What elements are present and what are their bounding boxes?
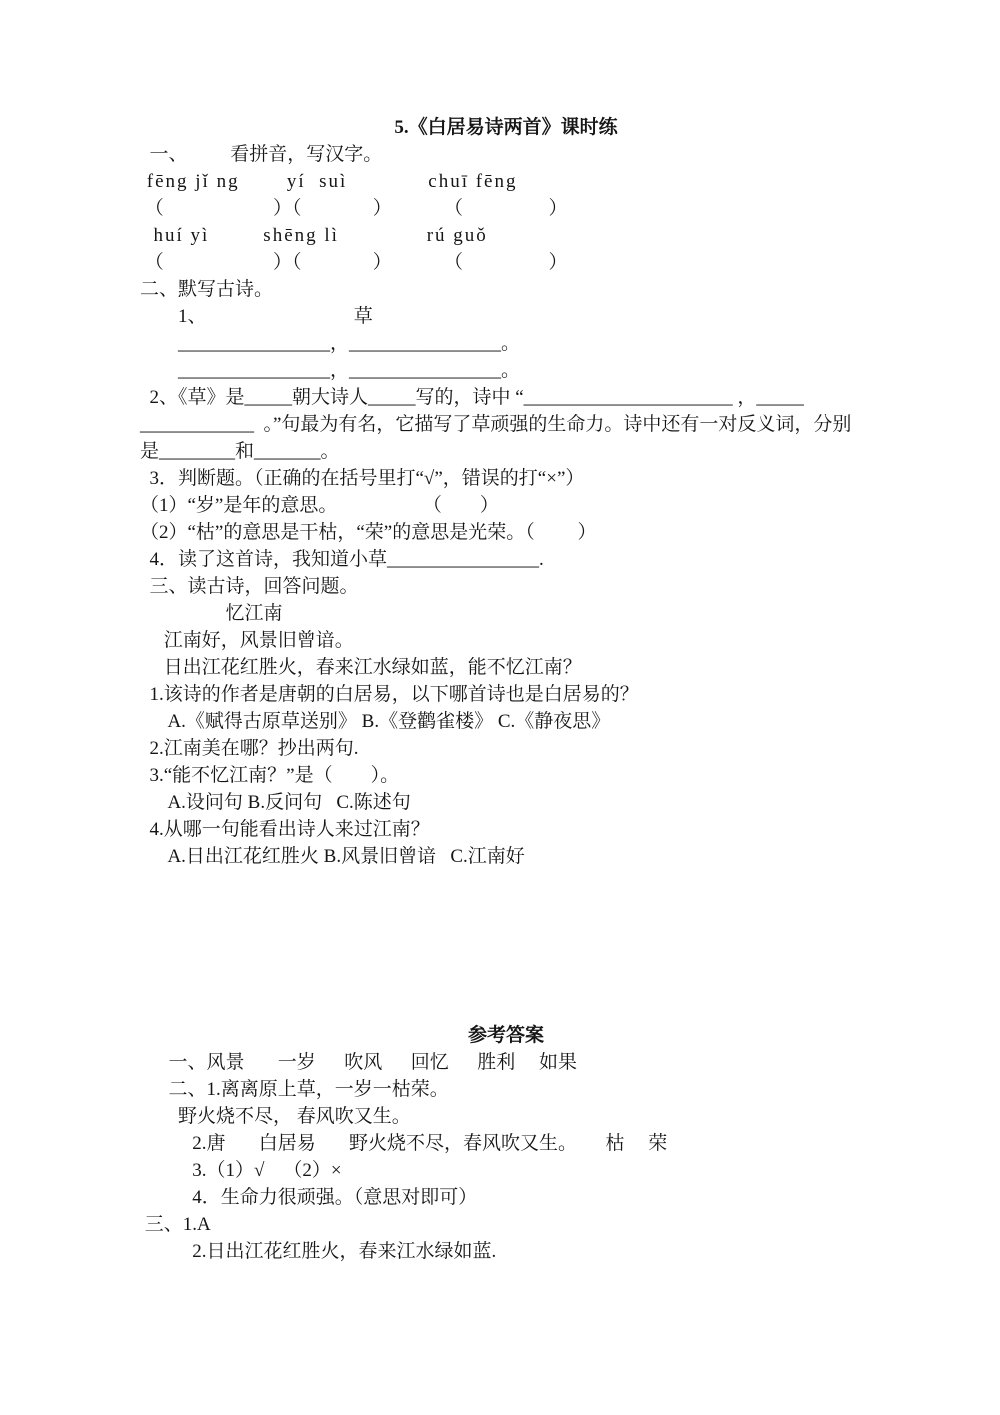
q2-fill-blank-line-3: 是________和_______。	[140, 438, 872, 465]
answer-brackets-row-1: （ ）（ ） （ ）	[140, 195, 872, 222]
pinyin-row-2: huí yì shēng lì rú guǒ	[140, 222, 872, 249]
answer-part-2-line-1: 二、1.离离原上草，一岁一枯荣。	[140, 1076, 872, 1103]
section-gap	[140, 870, 872, 1022]
section-2-heading: 二、默写古诗。	[140, 276, 872, 303]
worksheet-page: 5.《白居易诗两首》课时练 一、 看拼音，写汉字。 fēng jǐ ng yí …	[0, 0, 1000, 1415]
answer-part-2-line-2: 野火烧不尽， 春风吹又生。	[140, 1103, 872, 1130]
section-1-heading: 一、 看拼音，写汉字。	[140, 141, 872, 168]
answer-part-2-line-3: 2.唐 白居易 野火烧不尽，春风吹又生。 枯 荣	[140, 1130, 872, 1157]
poem-line-2: 日出江花红胜火，春来江水绿如蓝，能不忆江南？	[140, 654, 872, 681]
answer-part-2-line-5: 4．生命力很顽强。（意思对即可）	[140, 1184, 872, 1211]
poem-blank-line-1: ________________，________________。	[140, 330, 872, 357]
q2-fill-blank-line-1: 2、《草》是_____朝大诗人_____写的，诗中 “_____________…	[140, 384, 872, 411]
answer-brackets-row-2: （ ）（ ） （ ）	[140, 249, 872, 276]
poem-title-cao: 1、 草	[140, 303, 872, 330]
answers-heading: 参考答案	[140, 1022, 872, 1049]
worksheet-title: 5.《白居易诗两首》课时练	[140, 114, 872, 141]
poem-blank-line-2: ________________，________________。	[140, 357, 872, 384]
poem-title-yijiangnan: 忆江南	[140, 600, 872, 627]
q2-fill-blank-line-2: ____________ 。”句最为有名，它描写了草顽强的生命力。诗中还有一对反…	[140, 411, 872, 438]
sec3-q1-question: 1.该诗的作者是唐朝的白居易，以下哪首诗也是白居易的？	[140, 681, 872, 708]
answer-part-3-line-1: 三、1.A	[140, 1211, 872, 1238]
section-3-heading: 三、读古诗，回答问题。	[140, 573, 872, 600]
sec3-q2-question: 2.江南美在哪？抄出两句.	[140, 735, 872, 762]
pinyin-row-1: fēng jǐ ng yí suì chuī fēng	[140, 168, 872, 195]
q3-judgment-heading: 3．判断题。（正确的在括号里打“√”，错误的打“×”）	[140, 465, 872, 492]
sec3-q1-options: A.《赋得古原草送别》 B.《登鹳雀楼》 C.《静夜思》	[140, 708, 872, 735]
sec3-q4-question: 4.从哪一句能看出诗人来过江南？	[140, 816, 872, 843]
q4-fill-blank: 4．读了这首诗，我知道小草________________.	[140, 546, 872, 573]
answer-part-1: 一、风景 一岁 吹风 回忆 胜利 如果	[140, 1049, 872, 1076]
q3-judgment-item-2: （2）“枯”的意思是干枯，“荣”的意思是光荣。（ ）	[140, 519, 872, 546]
sec3-q4-options: A.日出江花红胜火 B.风景旧曾谙 C.江南好	[140, 843, 872, 870]
answer-part-3-line-2: 2.日出江花红胜火，春来江水绿如蓝.	[140, 1238, 872, 1265]
q3-judgment-item-1: （1）“岁”是年的意思。 （ ）	[140, 492, 872, 519]
answer-part-2-line-4: 3.（1）√ （2）×	[140, 1157, 872, 1184]
sec3-q3-options: A.设问句 B.反问句 C.陈述句	[140, 789, 872, 816]
poem-line-1: 江南好，风景旧曾谙。	[140, 627, 872, 654]
sec3-q3-question: 3.“能不忆江南？”是（ ）。	[140, 762, 872, 789]
worksheet-content: 5.《白居易诗两首》课时练 一、 看拼音，写汉字。 fēng jǐ ng yí …	[0, 0, 1000, 1265]
